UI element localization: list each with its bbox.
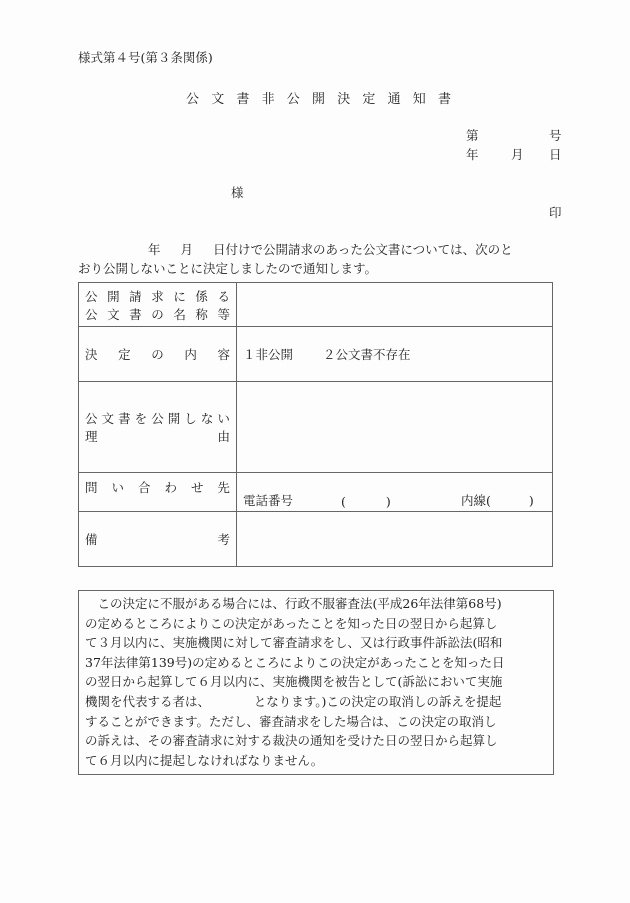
seal-mark: 印 xyxy=(549,203,562,221)
notice-line: この決定に不服がある場合には、行政不服審査法(平成26年法律第68号) xyxy=(85,594,547,614)
label-char: を xyxy=(135,409,148,427)
label-char: 書 xyxy=(129,305,142,323)
label-char: 合 xyxy=(138,478,151,496)
label-char: せ xyxy=(191,478,204,496)
label-document-name: 公開請求に係る公文書の名称等 xyxy=(79,283,237,327)
label-char: 考 xyxy=(217,530,230,548)
document-title: 公文書非公開決定通知書 xyxy=(186,88,463,107)
number-suffix: 号 xyxy=(549,126,562,144)
date-year-label: 年 xyxy=(466,145,479,163)
label-char: 公 xyxy=(151,409,164,427)
notice-line: の翌日から起算して６月以内に、実施機関を被告として(訴訟において実施 xyxy=(85,672,547,692)
label-char: の xyxy=(151,305,164,323)
label-char: 書 xyxy=(118,409,131,427)
notice-line: 37年法律第139号)の定めるところによりこの決定があったことを知った日 xyxy=(85,653,547,673)
label-char: 等 xyxy=(217,305,230,323)
label-reason: 公文書を公開しない理由 xyxy=(79,382,237,473)
intro-year: 年 xyxy=(148,242,161,257)
notice-line: の定めるところによりこの決定があったことを知った日の翌日から起算し xyxy=(85,614,547,634)
table-row-remarks: 備考 xyxy=(79,512,553,567)
intro-line2: おり公開しないことに決定しましたので通知します。 xyxy=(78,259,564,278)
label-char: 名 xyxy=(173,305,186,323)
intro-paragraph: 年月日付けで公開請求のあった公文書については、次のと おり公開しないことに決定し… xyxy=(78,240,564,278)
label-char: い xyxy=(111,478,124,496)
table-row-decision: 決定の内容 １非公開２公文書不存在 xyxy=(79,327,553,382)
value-reason[interactable] xyxy=(237,382,553,473)
label-char: 容 xyxy=(217,345,230,363)
label-char: 内 xyxy=(184,345,197,363)
label-char: 公 xyxy=(85,287,98,305)
label-char: 公 xyxy=(85,305,98,323)
label-remarks: 備考 xyxy=(79,512,237,567)
label-char: わ xyxy=(164,478,177,496)
label-char: 公 xyxy=(85,409,98,427)
label-char: 開 xyxy=(107,287,120,305)
table-row-contact: 問い合わせ先 電話番号 () 内線() xyxy=(79,473,553,512)
label-char: 定 xyxy=(118,345,131,363)
value-contact: 電話番号 () 内線() xyxy=(237,473,553,512)
appeal-notice: この決定に不服がある場合には、行政不服審査法(平成26年法律第68号)の定めると… xyxy=(78,590,554,775)
form-number: 様式第４号(第３条関係) xyxy=(78,48,213,66)
number-prefix: 第 xyxy=(466,126,479,144)
table-row-reason: 公文書を公開しない理由 xyxy=(79,382,553,473)
date-month-label: 月 xyxy=(511,145,524,163)
intro-month: 月 xyxy=(181,242,194,257)
notice-line: て６月以内に提起しなければなりません。 xyxy=(85,751,547,771)
addressee-suffix: 様 xyxy=(231,183,244,201)
label-char: る xyxy=(217,287,230,305)
label-char: 決 xyxy=(85,345,98,363)
notice-line: 機関を代表する者は、 となります。)この決定の取消しの訴えを提起 xyxy=(85,692,547,712)
label-char: 先 xyxy=(217,478,230,496)
intro-line1: 日付けで公開請求のあった公文書については、次のと xyxy=(213,242,513,257)
label-char: 由 xyxy=(217,427,230,445)
label-char: 文 xyxy=(107,305,120,323)
notice-line: することができます。ただし、審査請求をした場合は、この決定の取消し xyxy=(85,712,547,732)
label-contact: 問い合わせ先 xyxy=(79,473,237,512)
label-char: 理 xyxy=(85,427,98,445)
label-char: 開 xyxy=(168,409,181,427)
label-char: 問 xyxy=(85,478,98,496)
label-char: 求 xyxy=(151,287,164,305)
date-day-label: 日 xyxy=(549,145,562,163)
tel-field[interactable]: () xyxy=(341,494,461,509)
label-char: し xyxy=(184,409,197,427)
label-char: 備 xyxy=(85,530,98,548)
option-non-disclosure[interactable]: １非公開 xyxy=(243,347,293,362)
notice-line: の訴えは、その審査請求に対する裁決の通知を受けた日の翌日から起算し xyxy=(85,731,547,751)
option-not-exist[interactable]: ２公文書不存在 xyxy=(323,347,411,362)
label-decision: 決定の内容 xyxy=(79,327,237,382)
label-char: 文 xyxy=(102,409,115,427)
table-row-document-name: 公開請求に係る公文書の名称等 xyxy=(79,283,553,327)
label-char: に xyxy=(173,287,186,305)
value-document-name[interactable] xyxy=(237,283,553,327)
value-remarks[interactable] xyxy=(237,512,553,567)
notice-line: て３月以内に、実施機関に対して審査請求をし、又は行政事件訴訟法(昭和 xyxy=(85,633,547,653)
label-char: の xyxy=(151,345,164,363)
label-char: 請 xyxy=(129,287,142,305)
label-char: な xyxy=(201,409,214,427)
extension-field[interactable]: 内線() xyxy=(461,491,534,509)
label-char: 称 xyxy=(195,305,208,323)
label-char: い xyxy=(217,409,230,427)
value-decision: １非公開２公文書不存在 xyxy=(237,327,553,382)
tel-label: 電話番号 xyxy=(243,491,341,509)
label-char: 係 xyxy=(195,287,208,305)
decision-table: 公開請求に係る公文書の名称等 決定の内容 １非公開２公文書不存在 公文書を公開し… xyxy=(78,282,553,567)
